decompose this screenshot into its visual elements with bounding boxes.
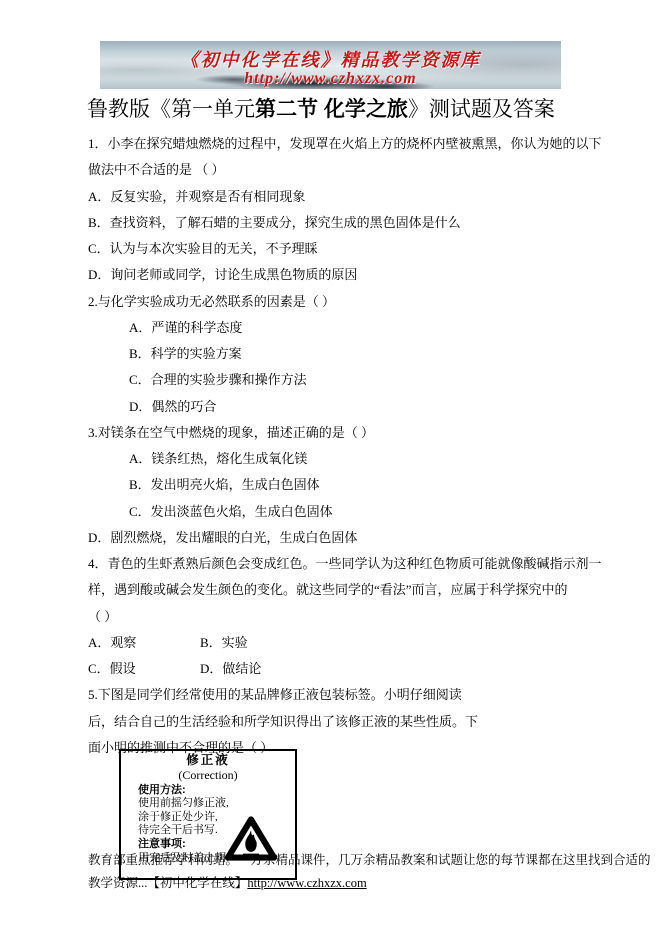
q4-stem-line1: 4．青色的生虾煮熟后颜色会变成红色。一些同学认为这种红色物质可能就像酸碱指示剂一 (88, 551, 588, 577)
banner-site-name: 《初中化学在线》精品教学资源库 (100, 46, 561, 72)
q3-option-a: A．镁条红热，熔化生成氧化镁 (88, 446, 588, 472)
q2-option-b: B．科学的实验方案 (88, 341, 588, 367)
label-subtitle: (Correction) (121, 768, 295, 783)
q1-stem-line1: 1．小李在探究蜡烛燃烧的过程中，发现罩在火焰上方的烧杯内壁被熏黑，你认为她的以下 (88, 131, 588, 157)
q1-option-c: C．认为与本次实验目的无关，不予理睬 (88, 236, 588, 262)
q2-option-c: C．合理的实验步骤和操作方法 (88, 367, 588, 393)
q4-option-a: A．观察 (88, 630, 200, 656)
page-title: 鲁教版《第一单元第二节 化学之旅》测试题及答案 (87, 93, 587, 123)
question-body: 1．小李在探究蜡烛燃烧的过程中，发现罩在火焰上方的烧杯内壁被熏黑，你认为她的以下… (88, 131, 588, 761)
page-title-part3: 》测试题及答案 (408, 97, 555, 121)
flammable-warning-icon (224, 816, 278, 862)
q5-stem-line1: 5.下图是同学们经常使用的某品牌修正液包装标签。小明仔细阅读 (88, 682, 588, 708)
q5-stem-line2: 后，结合自己的生活经验和所学知识得出了该修正液的某些性质。下 (88, 709, 588, 735)
q1-option-d: D．询问老师或同学，讨论生成黑色物质的原因 (88, 262, 588, 288)
q2-stem: 2.与化学实验成功无必然联系的因素是（ ） (88, 289, 588, 315)
q1-stem-line2: 做法中不合适的是 （ ） (88, 157, 588, 183)
banner-site-url: http://www.czhxzx.com (100, 70, 561, 88)
q4-stem-line3: （ ） (88, 604, 588, 630)
q1-option-b: B．查找资料，了解石蜡的主要成分，探究生成的黑色固体是什么 (88, 210, 588, 236)
page-title-part1: 鲁教版《第一单元 (87, 97, 255, 121)
q3-option-d: D．剧烈燃烧，发出耀眼的白光，生成白色固体 (88, 525, 588, 551)
document-page: 《初中化学在线》精品教学资源库 http://www.czhxzx.com 鲁教… (0, 0, 661, 935)
page-title-part2: 第二节 化学之旅 (255, 98, 408, 121)
site-banner: 《初中化学在线》精品教学资源库 http://www.czhxzx.com (100, 41, 561, 89)
q4-option-d: D．做结论 (200, 661, 261, 676)
label-usage-heading: 使用方法: (138, 784, 295, 798)
q4-stem-line2: 样，遇到酸或碱会发生颜色的变化。就这些同学的“看法”而言，应属于科学探究中的 (88, 577, 588, 603)
q4-options-row2: C．假设D．做结论 (88, 656, 588, 682)
q1-option-a: A．反复实验，并观察是否有相同现象 (88, 184, 588, 210)
q4-option-c: C．假设 (88, 656, 200, 682)
label-title: 修正液 (121, 754, 295, 768)
label-usage-line1: 使用前摇匀修正液, (138, 797, 295, 811)
q3-stem: 3.对镁条在空气中燃烧的现象，描述正确的是（ ） (88, 420, 588, 446)
q2-option-a: A．严谨的科学态度 (88, 315, 588, 341)
q4-option-b: B．实验 (200, 635, 248, 650)
q3-option-c: C．发出淡蓝色火焰，生成白色固体 (88, 499, 588, 525)
q2-option-d: D．偶然的巧合 (88, 394, 588, 420)
q4-options-row1: A．观察B．实验 (88, 630, 588, 656)
q3-option-b: B．发出明亮火焰，生成白色固体 (88, 472, 588, 498)
